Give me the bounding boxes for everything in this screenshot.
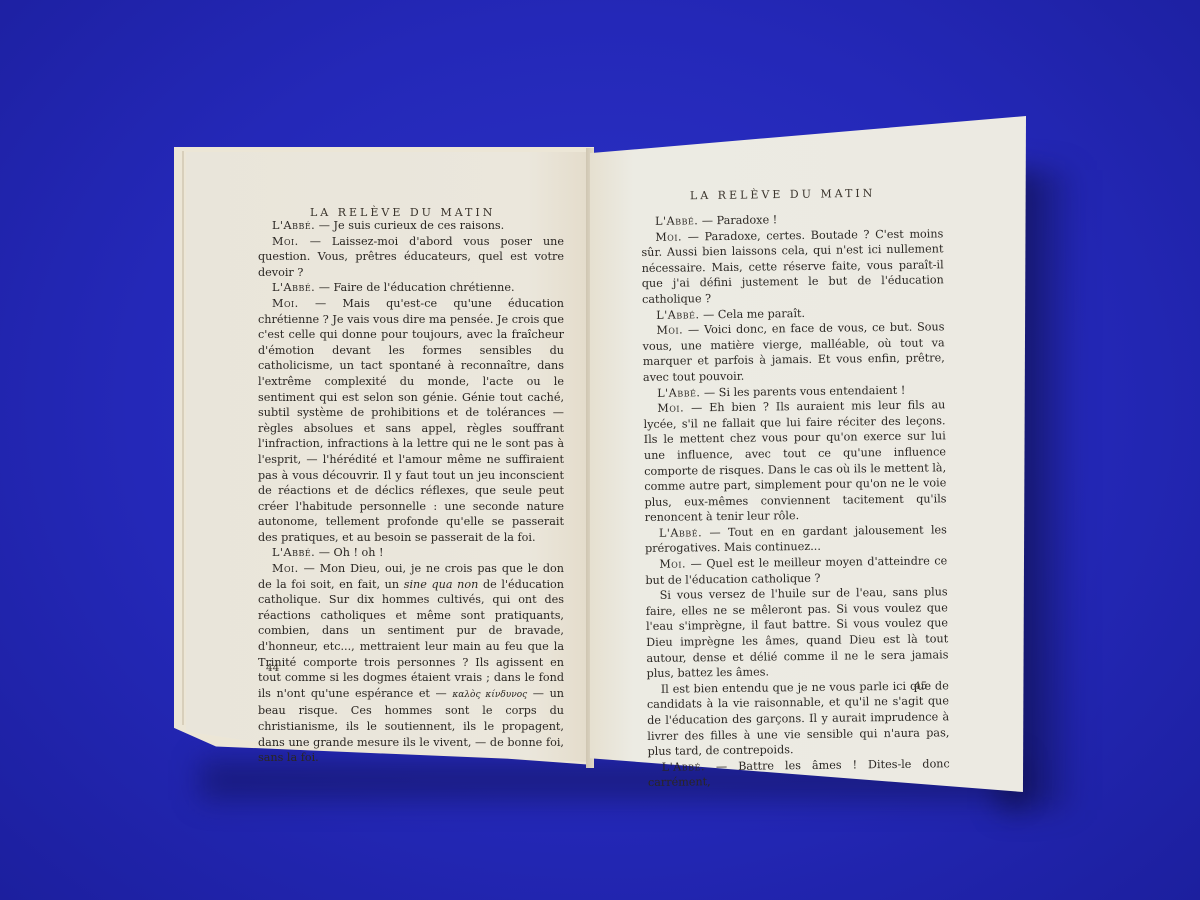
speaker: Moi. [655, 230, 682, 243]
speaker: Moi. [272, 235, 299, 248]
paragraph: L'Abbé. — Oh ! oh ! [258, 545, 564, 561]
paragraph: Moi. — Eh bien ? Ils auraient mis leur f… [643, 397, 947, 525]
speaker: L'Abbé. [272, 546, 315, 559]
paragraph: L'Abbé. — Je suis curieux de ces raisons… [258, 218, 564, 234]
speaker: L'Abbé. [662, 760, 705, 774]
paragraph: Moi. — Mon Dieu, oui, je ne crois pas qu… [258, 561, 564, 766]
speaker: L'Abbé. [272, 281, 315, 294]
paragraph: Si vous versez de l'huile sur de l'eau, … [646, 585, 949, 682]
greek-phrase: καλὸς κίνδυνος [452, 690, 527, 700]
speaker: Moi. [656, 324, 683, 337]
speaker: Moi. [272, 562, 299, 575]
page-edge [182, 151, 184, 725]
left-page-number: 44 [266, 662, 279, 674]
speaker: L'Abbé. [659, 526, 702, 540]
paragraph: Moi. — Paradoxe, certes. Boutade ? C'est… [641, 226, 944, 308]
speaker: L'Abbé. [656, 308, 699, 322]
speaker: Moi. [272, 297, 299, 310]
right-page-number: 45 [914, 680, 927, 692]
paragraph: Moi. — Mais qu'est-ce qu'une éducation c… [258, 296, 564, 546]
paragraph: L'Abbé. — Battre les âmes ! Dites-le don… [648, 756, 950, 791]
left-page-text: L'Abbé. — Je suis curieux de ces raisons… [258, 218, 564, 766]
paragraph: Moi. — Laissez-moi d'abord vous poser un… [258, 234, 564, 281]
speaker: L'Abbé. [657, 386, 700, 400]
speaker: Moi. [659, 558, 686, 571]
speaker: Moi. [657, 402, 684, 415]
speaker: L'Abbé. [272, 219, 315, 232]
paragraph: Moi. — Quel est le meilleur moyen d'atte… [645, 553, 947, 588]
latin-phrase: sine qua non [404, 578, 479, 591]
paragraph: Il est bien entendu que je ne vous parle… [647, 678, 950, 760]
paragraph: L'Abbé. — Tout en en gardant jalousement… [645, 522, 947, 557]
paragraph: L'Abbé. — Faire de l'éducation chrétienn… [258, 280, 564, 296]
speaker: L'Abbé. [655, 214, 698, 228]
paragraph: Moi. — Voici donc, en face de vous, ce b… [642, 319, 945, 385]
right-running-head: LA RELÈVE DU MATIN [690, 187, 876, 203]
right-page-text: L'Abbé. — Paradoxe ! Moi. — Paradoxe, ce… [641, 210, 950, 791]
